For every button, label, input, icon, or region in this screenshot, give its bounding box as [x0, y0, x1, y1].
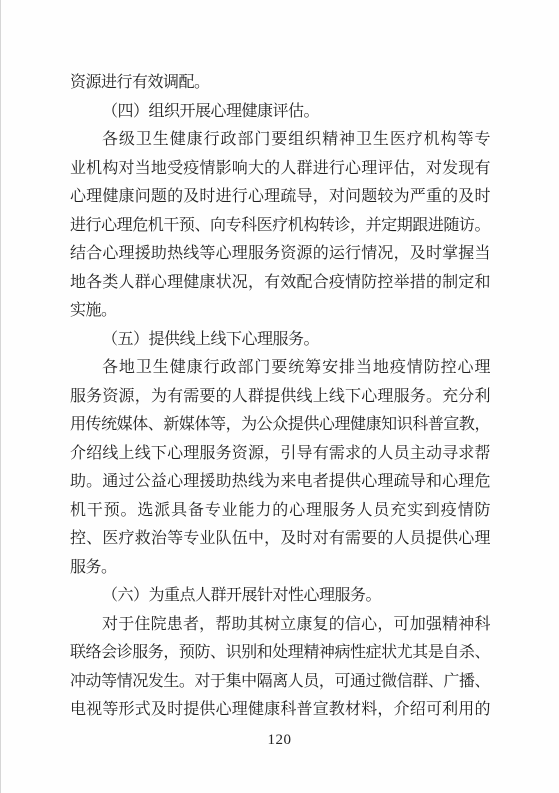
section-heading: （四）组织开展心理健康评估。: [70, 98, 490, 127]
section-heading: （五）提供线上线下心理服务。: [70, 326, 490, 355]
text-line: 联络会诊服务，预防、识别和处理精神病性症状尤其是自杀、: [70, 639, 490, 668]
scan-edge-line: [0, 0, 1, 793]
text-line: 进行心理危机干预、向专科医疗机构转诊，并定期跟进随访。: [70, 212, 490, 241]
text-line: 结合心理援助热线等心理服务资源的运行情况，及时掌握当: [70, 240, 490, 269]
text-line: 冲动等情况发生。对于集中隔离人员，可通过微信群、广播、: [70, 668, 490, 697]
page-number: 120: [0, 732, 559, 749]
section-heading: （六）为重点人群开展针对性心理服务。: [70, 582, 490, 611]
document-page: 资源进行有效调配。（四）组织开展心理健康评估。各级卫生健康行政部门要组织精神卫生…: [0, 0, 559, 793]
text-line: 心理健康问题的及时进行心理疏导，对问题较为严重的及时: [70, 183, 490, 212]
text-line: 助。通过公益心理援助热线为来电者提供心理疏导和心理危: [70, 468, 490, 497]
text-line: 介绍线上线下心理服务资源，引导有需求的人员主动寻求帮: [70, 440, 490, 469]
text-line: 资源进行有效调配。: [70, 69, 490, 98]
text-line: 业机构对当地受疫情影响大的人群进行心理评估，对发现有: [70, 155, 490, 184]
text-line: 地各类人群心理健康状况，有效配合疫情防控举措的制定和: [70, 269, 490, 298]
text-line: 实施。: [70, 297, 490, 326]
text-line: 服务。: [70, 554, 490, 583]
text-line: 各级卫生健康行政部门要组织精神卫生医疗机构等专: [70, 126, 490, 155]
text-line: 各地卫生健康行政部门要统筹安排当地疫情防控心理: [70, 354, 490, 383]
text-line: 电视等形式及时提供心理健康科普宣教材料，介绍可利用的: [70, 696, 490, 725]
text-line: 服务资源，为有需要的人群提供线上线下心理服务。充分利: [70, 383, 490, 412]
text-line: 控、医疗救治等专业队伍中，及时对有需要的人员提供心理: [70, 525, 490, 554]
body-text: 资源进行有效调配。（四）组织开展心理健康评估。各级卫生健康行政部门要组织精神卫生…: [70, 69, 490, 725]
text-line: 用传统媒体、新媒体等，为公众提供心理健康知识科普宣教，: [70, 411, 490, 440]
text-line: 对于住院患者，帮助其树立康复的信心，可加强精神科: [70, 611, 490, 640]
text-line: 机干预。选派具备专业能力的心理服务人员充实到疫情防: [70, 497, 490, 526]
